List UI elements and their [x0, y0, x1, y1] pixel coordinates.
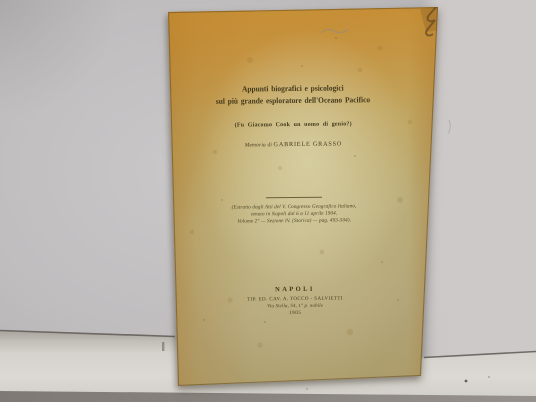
- cover-subtitle: (Fu Giacomo Cook un uomo di genio?): [165, 121, 421, 130]
- booklet-cover: Appunti biografici e psicologici sul più…: [0, 0, 536, 402]
- divider-rule: [266, 197, 322, 199]
- cover-text-layer: Appunti biografici e psicologici sul più…: [164, 0, 424, 402]
- photo-scene: Appunti biografici e psicologici sul più…: [0, 0, 536, 402]
- cover-title: Appunti biografici e psicologici sul più…: [174, 82, 412, 107]
- byline-prefix: Memoria di: [245, 142, 272, 148]
- extract-note: (Estratto dagli Atti del V. Congresso Ge…: [166, 203, 422, 226]
- imprint-city: NAPOLI: [167, 285, 423, 295]
- byline-author: GABRIELE GRASSO: [274, 140, 343, 148]
- booklet-shadow-wrap: Appunti biografici e psicologici sul più…: [0, 0, 536, 402]
- imprint-year: 1905: [167, 310, 423, 318]
- cover-title-line-2: sul più grande esploratore dell'Oceano P…: [174, 93, 412, 107]
- extract-line-3: Volume 2° — Sezione IV. (Storica) — pag.…: [166, 216, 422, 225]
- cover-byline: Memoria di GABRIELE GRASSO: [165, 140, 421, 150]
